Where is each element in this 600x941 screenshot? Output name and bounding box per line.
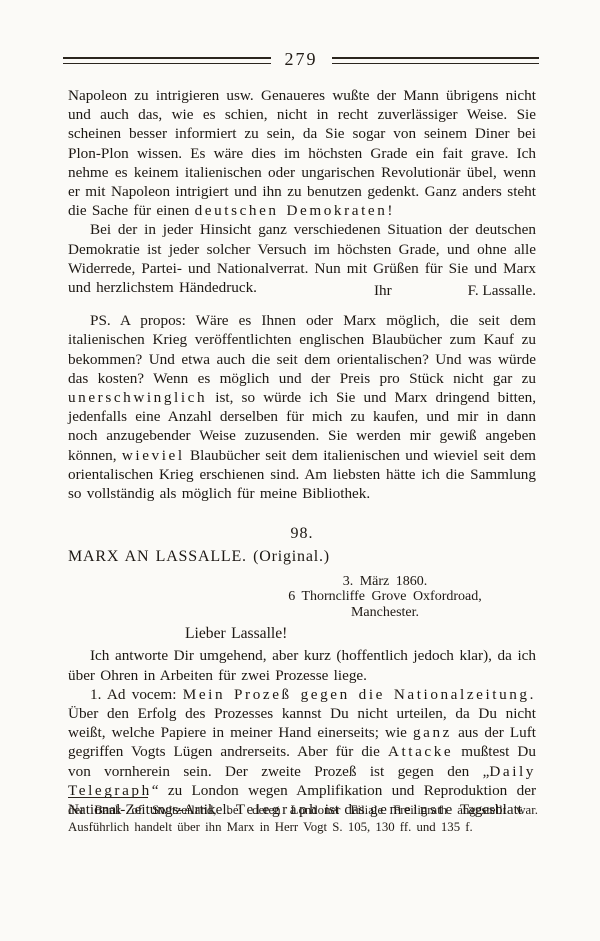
text-column: Napoleon zu intrigieren usw. Genaueres w… [68, 86, 536, 819]
address-line-2: Manchester. [240, 605, 530, 621]
footnote-text: der Bank of Switzerland, bei deren Londo… [68, 802, 538, 836]
letter98-paragraph-1: Ich antworte Dir umgehend, aber kurz (ho… [68, 646, 536, 684]
date-line: 3. März 1860. [240, 574, 530, 590]
letter98-heading: MARX AN LASSALLE. (Original.) [68, 547, 536, 566]
running-head: 279 [63, 50, 539, 68]
footnote-rule [68, 797, 148, 798]
book-page: 279 Napoleon zu intrigieren usw. Genauer… [0, 0, 600, 941]
header-rule-left [63, 57, 271, 64]
header-rule-right [332, 57, 540, 64]
page-number: 279 [271, 50, 332, 68]
letter97-postscript: PS. A propos: Wäre es Ihnen oder Marx mö… [68, 311, 536, 503]
closing-signature: F. Lassalle. [468, 281, 536, 300]
footnote-block: der Bank of Switzerland, bei deren Londo… [68, 797, 538, 836]
letter98-salutation: Lieber Lassalle! [68, 624, 536, 643]
letter97-continuation-paragraph: Napoleon zu intrigieren usw. Genaueres w… [68, 86, 536, 220]
letter98-date-block: 3. März 1860. 6 Thorncliffe Grove Oxford… [240, 574, 530, 621]
letter98-section-number: 98. [68, 524, 536, 543]
address-line-1: 6 Thorncliffe Grove Oxfordroad, [240, 589, 530, 605]
letter97-closing: Ihr F. Lassalle. [374, 281, 536, 300]
closing-pronoun: Ihr [374, 281, 392, 300]
